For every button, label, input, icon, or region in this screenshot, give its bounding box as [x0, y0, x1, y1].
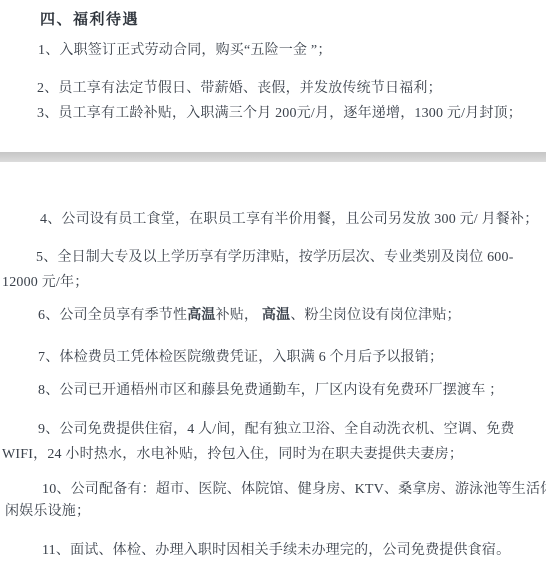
document-page: 四、福利待遇 1、入职签订正式劳动合同，购买“五险一金 ”； 2、员工享有法定节…	[0, 0, 546, 573]
benefit-item-9-line-2: WIFI，24 小时热水，水电补贴，拎包入住，同时为在职夫妻提供夫妻房；	[2, 447, 463, 463]
benefit-item-6-bold-high-temp-2: 高温	[262, 308, 290, 323]
benefit-item-6-text-mid: 补贴，	[216, 308, 262, 323]
benefit-item-6: 6、公司全员享有季节性高温补贴， 高温、粉尘岗位设有岗位津贴；	[38, 308, 461, 324]
benefit-item-6-text: 6、公司全员享有季节性	[38, 308, 187, 323]
benefit-item-9-line-1: 9、公司免费提供住宿，4 人/间，配有独立卫浴、全自动洗衣机、空调、免费	[38, 422, 515, 438]
benefit-item-4: 4、公司设有员工食堂，在职员工享有半价用餐，且公司另发放 300 元/ 月餐补；	[40, 212, 538, 228]
benefit-item-7: 7、体检费员工凭体检医院缴费凭证，入职满 6 个月后予以报销；	[38, 350, 443, 366]
benefit-item-8: 8、公司已开通梧州市区和藤县免费通勤车，厂区内设有免费环厂摆渡车 ；	[38, 383, 503, 399]
section-heading: 四、福利待遇	[40, 8, 139, 29]
benefit-item-1: 1、入职签订正式劳动合同，购买“五险一金 ”；	[38, 43, 332, 59]
benefit-item-5-line-1: 5、全日制大专及以上学历享有学历津贴，按学历层次、专业类别及岗位 600-	[36, 250, 514, 266]
benefit-item-11: 11、面试、体检、办理入职时因相关手续未办理完的，公司免费提供食宿。	[42, 543, 510, 559]
benefit-item-10-line-1: 10、公司配备有：超市、医院、体院馆、健身房、KTV、桑拿房、游泳池等生活休	[42, 482, 546, 498]
benefit-item-5-line-2: 12000 元/年；	[2, 275, 88, 291]
benefit-item-2: 2、员工享有法定节假日、带薪婚、丧假，并发放传统节日福利；	[37, 81, 442, 97]
benefit-item-6-bold-high-temp-1: 高温	[187, 308, 215, 323]
benefit-item-10-line-2: 闲娱乐设施；	[5, 504, 90, 520]
benefit-item-3: 3、员工享有工龄补贴，入职满三个月 200元/月，逐年递增，1300 元/月封顶…	[37, 106, 522, 122]
page-break-divider	[0, 152, 546, 162]
benefit-item-6-text-post: 、粉尘岗位设有岗位津贴；	[290, 308, 460, 323]
